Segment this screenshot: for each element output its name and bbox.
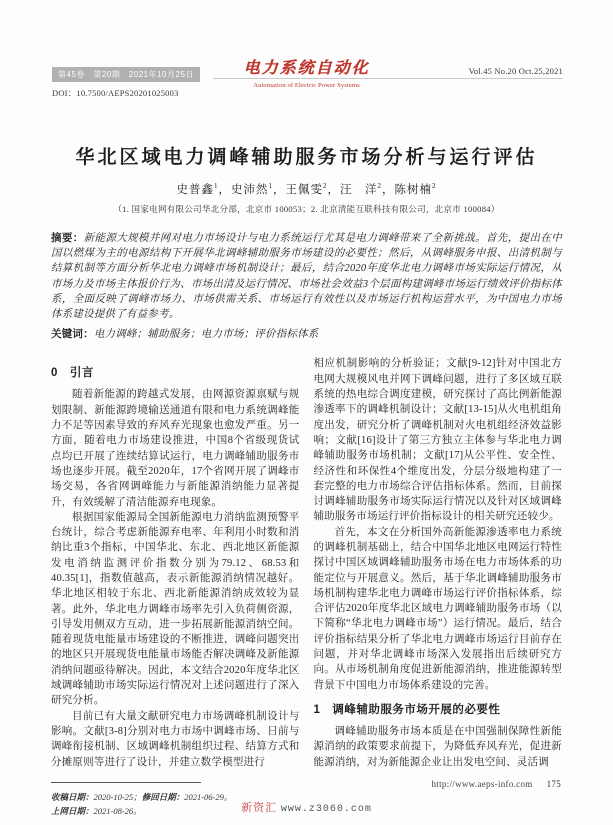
right-column: 相应机制影响的分析验证；文献[9-12]针对中国北方电网大规模风电并网下调峰问题… — [314, 356, 563, 818]
journal-logo: 电力系统自动化 Automation of Electric Power Sys… — [228, 60, 385, 89]
issue-info-en: Vol.45 No.20 Oct.25,2021 — [469, 66, 563, 76]
affiliation-line: （1. 国家电网有限公司华北分部，北京市 100053；2. 北京清能互联科技有… — [0, 203, 613, 215]
journal-logo-cn: 电力系统自动化 — [228, 60, 385, 78]
abstract-label: 摘要： — [51, 232, 84, 244]
watermark-url: www.z3060.com — [281, 804, 372, 815]
author: 史普鑫1， — [177, 184, 232, 196]
paragraph: 目前已有大量文献研究电力市场调峰机制设计与影响。文献[3-8]分别对电力市场中调… — [51, 709, 300, 770]
paragraph: 首先，本文在分析国外高新能源渗透率电力系统的调峰机制基础上，结合中国华北地区电网… — [314, 525, 563, 693]
abstract: 摘要：新能源大规模并网对电力市场设计与电力系统运行尤其是电力调峰带来了全新挑战。… — [51, 231, 562, 322]
abstract-text: 新能源大规模并网对电力市场设计与电力系统运行尤其是电力调峰带来了全新挑战。首先，… — [51, 233, 562, 320]
journal-logo-en: Automation of Electric Power Systems — [228, 82, 385, 89]
page-number: 175 — [547, 779, 561, 789]
watermark: 新资汇 www.z3060.com — [0, 799, 613, 815]
issue-box: 第45卷 第20期 2021年10月25日 — [52, 67, 200, 82]
paragraph-continuation: 相应机制影响的分析验证；文献[9-12]针对中国北方电网大规模风电并网下调峰问题… — [314, 356, 563, 524]
section-heading-1: 1 调峰辅助服务市场开展的必要性 — [314, 701, 563, 717]
author: 史沛然1， — [231, 184, 286, 196]
author: 王佩雯2， — [286, 184, 341, 196]
paragraph: 随着新能源的跨越式发展，由网源资源禀赋与规划限制、新能源跨境输送通道有限和电力系… — [51, 387, 300, 509]
paper-title: 华北区域电力调峰辅助服务市场分析与运行评估 — [0, 142, 613, 169]
keywords-label: 关键词： — [51, 328, 94, 340]
paragraph: 根据国家能源局全国新能源电力消纳监测预警平台统计，综合考虑新能源弃电率、年利用小… — [51, 510, 300, 709]
footnote-rule — [51, 782, 201, 783]
doi-text: DOI：10.7500/AEPS20201025003 — [52, 87, 252, 99]
author-line: 史普鑫1，史沛然1，王佩雯2，汪 洋2，陈树楠2 — [0, 181, 613, 197]
page-header: 第45卷 第20期 2021年10月25日 DOI：10.7500/AEPS20… — [0, 0, 613, 108]
journal-url: http://www.aeps-info.com — [431, 779, 532, 789]
page-footer: http://www.aeps-info.com175 — [431, 779, 561, 789]
keywords-text: 电力调峰；辅助服务；电力市场；评价指标体系 — [94, 329, 319, 340]
keywords: 关键词：电力调峰；辅助服务；电力市场；评价指标体系 — [51, 327, 562, 342]
journal-page: 第45卷 第20期 2021年10月25日 DOI：10.7500/AEPS20… — [0, 0, 613, 825]
body-columns: 0 引言 随着新能源的跨越式发展，由网源资源禀赋与规划限制、新能源跨境输送通道有… — [0, 356, 613, 818]
header-left: 第45卷 第20期 2021年10月25日 DOI：10.7500/AEPS20… — [52, 64, 252, 99]
abstract-block: 摘要：新能源大规模并网对电力市场设计与电力系统运行尤其是电力调峰带来了全新挑战。… — [0, 231, 613, 342]
section-heading-intro: 0 引言 — [51, 364, 300, 380]
author: 陈树楠2 — [395, 184, 437, 196]
paragraph: 调峰辅助服务市场本质是在中国强制保障性新能源消纳的政策要求前提下，为降低弃风弃光… — [314, 724, 563, 770]
left-column: 0 引言 随着新能源的跨越式发展，由网源资源禀赋与规划限制、新能源跨境输送通道有… — [51, 356, 300, 818]
author: 汪 洋2， — [340, 184, 395, 196]
watermark-brand: 新资汇 — [241, 802, 277, 814]
